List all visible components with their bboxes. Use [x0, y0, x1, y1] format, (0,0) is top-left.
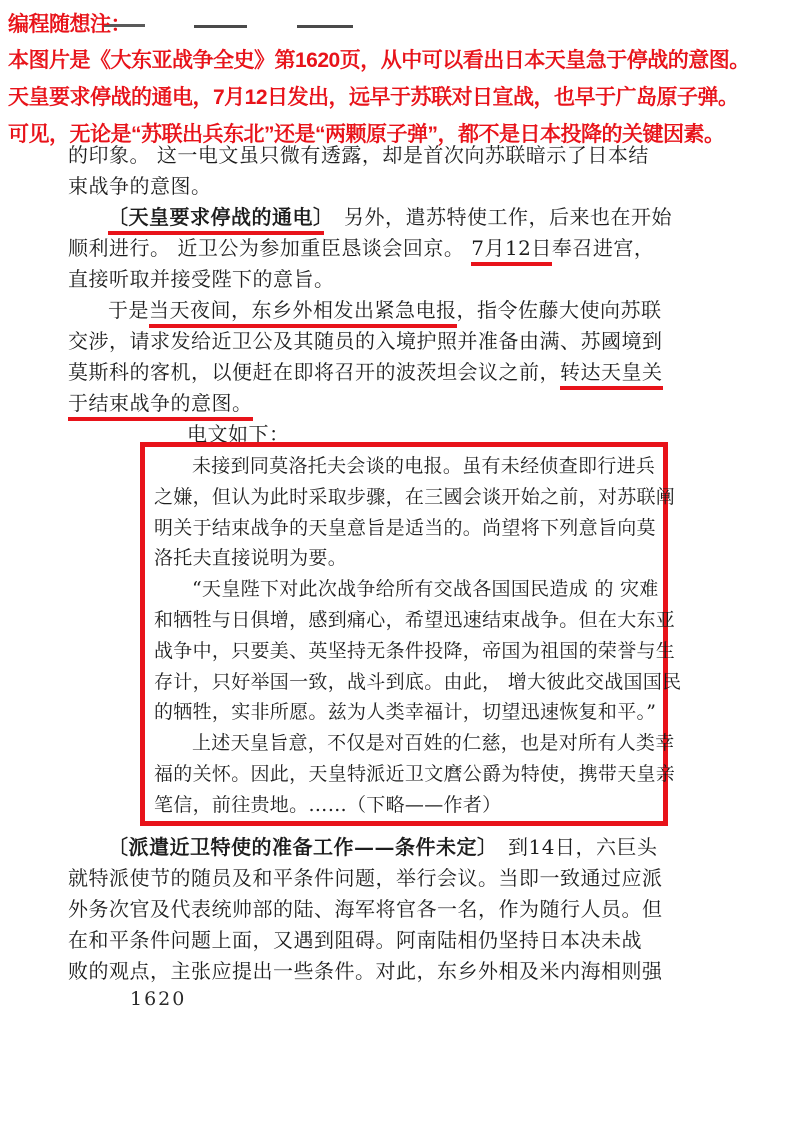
telegram-line: 未接到同莫洛托夫会谈的电报。虽有未经侦查即行进兵 [154, 451, 657, 482]
body-line: 败的观点，主张应提出一些条件。对此，东乡外相及米内海相则强 [68, 956, 674, 987]
page-number: 1620 [130, 988, 186, 1010]
scan-artifact-dash [194, 25, 247, 28]
body-text-upper: 的印象。 这一电文虽只微有透露，却是首次向苏联暗示了日本结 束战争的意图。 〔天… [68, 140, 674, 450]
underline-emphasis-date: 7月12日 [471, 236, 552, 266]
body-line: 顺利进行。 近卫公为参加重臣恳谈会回京。 7月12日奉召进宫， [68, 233, 674, 264]
section-heading-envoy-preparation: 〔派遣近卫特使的准备工作——条件未定〕 [108, 835, 488, 859]
telegram-line: 福的关怀。因此，天皇特派近卫文麿公爵为特使，携带天皇亲 [154, 759, 657, 790]
telegram-line: “天皇陛下对此次战争给所有交战各国国民造成 的 灾难 [154, 574, 657, 605]
telegram-line: 笔信，前往贵地。……（下略——作者） [154, 790, 657, 821]
telegram-line: 上述天皇旨意，不仅是对百姓的仁慈，也是对所有人类幸 [154, 728, 657, 759]
telegram-line: 战争中，只要美、英坚持无条件投降，帝国为祖国的荣誉与生 [154, 636, 657, 667]
telegram-quote-box: 未接到同莫洛托夫会谈的电报。虽有未经侦查即行进兵 之嫌，但认为此时采取步骤，在三… [140, 442, 668, 826]
body-line: 就特派使节的随员及和平条件问题，举行会议。当即一致通过应派 [68, 863, 674, 894]
body-line: 〔派遣近卫特使的准备工作——条件未定〕 到14日，六巨头 [68, 832, 674, 863]
body-line: 于结束战争的意图。 [68, 388, 674, 419]
underline-emphasis-convey-intent: 转达天皇关 [560, 360, 663, 390]
body-line: 莫斯科的客机，以便赶在即将召开的波茨坦会议之前，转达天皇关 [68, 357, 674, 388]
telegram-line: 的牺牲，实非所愿。兹为人类幸福计，切望迅速恢复和平。” [154, 697, 657, 728]
body-line: 〔天皇要求停战的通电〕 另外，遣苏特使工作，后来也在开始 [68, 202, 674, 233]
body-line: 外务次官及代表统帅部的陆、海军将官各一名，作为随行人员。但 [68, 894, 674, 925]
telegram-line: 洛托夫直接说明为要。 [154, 543, 657, 574]
telegram-line: 存计，只好举国一致，战斗到底。由此， 增大彼此交战国国民 [154, 667, 657, 698]
underline-emphasis-urgent-telegram: 当天夜间，东乡外相发出紧急电报 [149, 298, 457, 328]
body-line: 在和平条件问题上面，又遇到阻碍。阿南陆相仍坚持日本决未战 [68, 925, 674, 956]
annotation-line-source: 本图片是《大东亚战争全史》第1620页，从中可以看出日本天皇急于停战的意图。 [8, 44, 750, 74]
annotation-line-timing: 天皇要求停战的通电，7月12日发出，远早于苏联对日宣战，也早于广岛原子弹。 [8, 81, 739, 111]
body-text-lower: 〔派遣近卫特使的准备工作——条件未定〕 到14日，六巨头 就特派使节的随员及和平… [68, 832, 674, 987]
telegram-line: 和牺牲与日俱增，感到痛心，希望迅速结束战争。但在大东亚 [154, 605, 657, 636]
underline-emphasis-end-war: 于结束战争的意图。 [68, 391, 253, 421]
body-line: 束战争的意图。 [68, 171, 674, 202]
annotation-line-conclusion: 可见，无论是“苏联出兵东北”还是“两颗原子弹”，都不是日本投降的关键因素。 [8, 118, 725, 148]
body-line: 直接听取并接受陛下的意旨。 [68, 264, 674, 295]
annotation-note-label: 编程随想注： [8, 8, 131, 38]
body-line: 于是当天夜间，东乡外相发出紧急电报，指令佐藤大使向苏联 [68, 295, 674, 326]
scanned-book-page: 编程随想注： 本图片是《大东亚战争全史》第1620页，从中可以看出日本天皇急于停… [0, 0, 793, 1121]
telegram-line: 之嫌，但认为此时采取步骤，在三國会谈开始之前，对苏联阐 [154, 482, 657, 513]
section-heading-telegram-request: 〔天皇要求停战的通电〕 [108, 205, 324, 235]
scan-artifact-dash [297, 25, 353, 28]
telegram-line: 明关于结束战争的天皇意旨是适当的。尚望将下列意旨向莫 [154, 513, 657, 544]
body-line: 交涉，请求发给近卫公及其随员的入境护照并准备由满、苏國境到 [68, 326, 674, 357]
